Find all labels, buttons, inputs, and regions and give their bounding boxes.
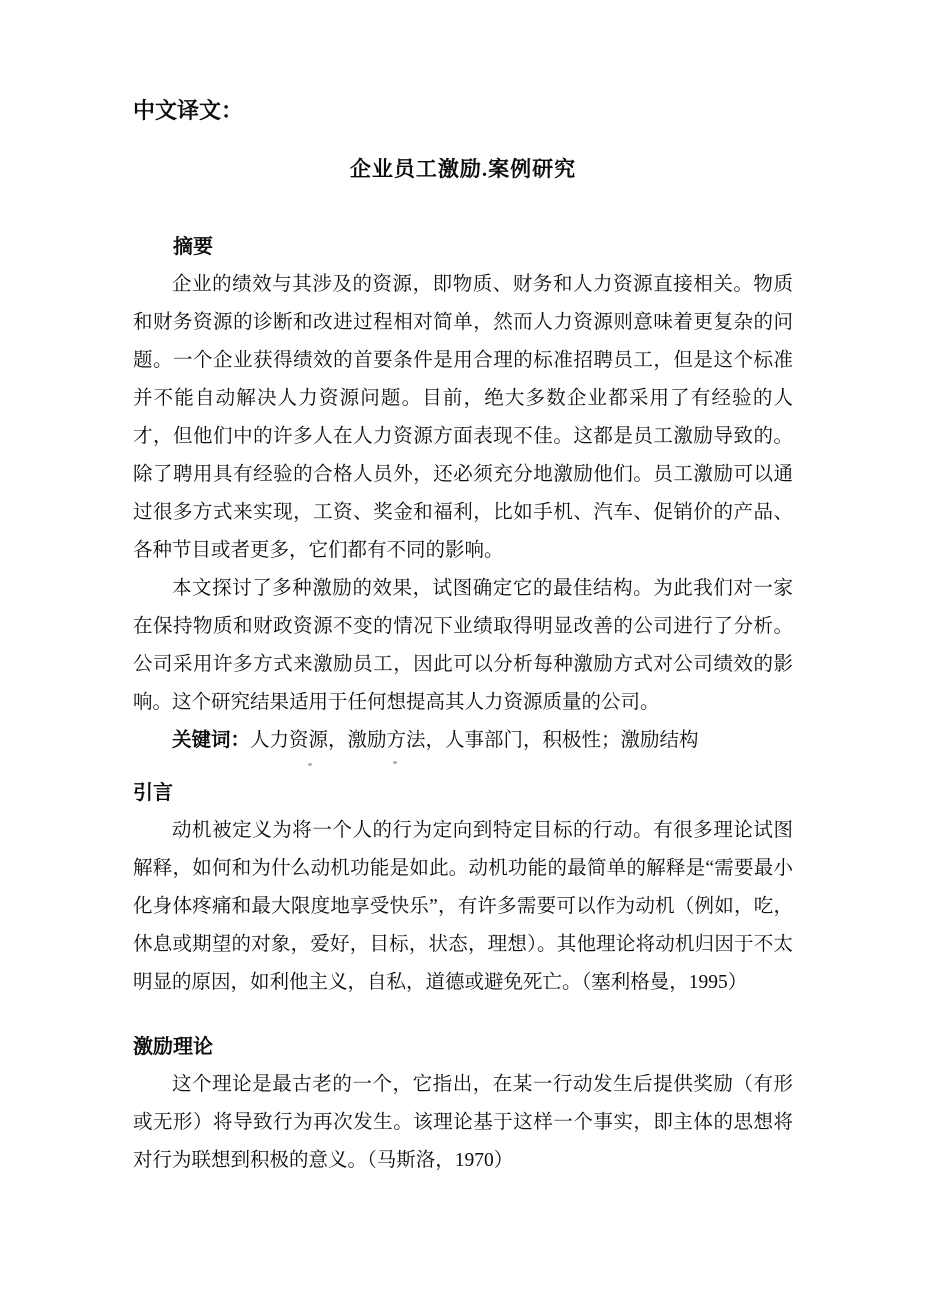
keywords-label: 关键词： [172, 730, 250, 751]
document-body: 中文译文： 企业员工激励.案例研究 摘要 企业的绩效与其涉及的资源，即物质、财务… [133, 98, 793, 1180]
abstract-paragraph-1: 企业的绩效与其涉及的资源，即物质、财务和人力资源直接相关。物质和财务资源的诊断和… [133, 266, 793, 570]
introduction-paragraph-1: 动机被定义为将一个人的行为定向到特定目标的行动。有很多理论试图解释，如何和为什么… [133, 812, 793, 1002]
translation-label: 中文译文： [133, 98, 793, 124]
document-page: 中文译文： 企业员工激励.案例研究 摘要 企业的绩效与其涉及的资源，即物质、财务… [0, 0, 926, 1310]
keywords-line: 关键词：人力资源，激励方法，人事部门，积极性；激励结构 [133, 722, 793, 760]
scan-speck-icon [308, 763, 312, 766]
section-heading-abstract: 摘要 [133, 228, 793, 266]
keywords-text: 人力资源，激励方法，人事部门，积极性；激励结构 [250, 730, 699, 751]
document-title: 企业员工激励.案例研究 [133, 156, 793, 182]
section-heading-motivation-theory: 激励理论 [133, 1028, 793, 1066]
section-heading-introduction: 引言 [133, 774, 793, 812]
abstract-paragraph-2: 本文探讨了多种激励的效果，试图确定它的最佳结构。为此我们对一家在保持物质和财政资… [133, 570, 793, 722]
motivation-theory-paragraph-1: 这个理论是最古老的一个，它指出，在某一行动发生后提供奖励（有形或无形）将导致行为… [133, 1066, 793, 1180]
scan-speck-icon [393, 761, 397, 764]
